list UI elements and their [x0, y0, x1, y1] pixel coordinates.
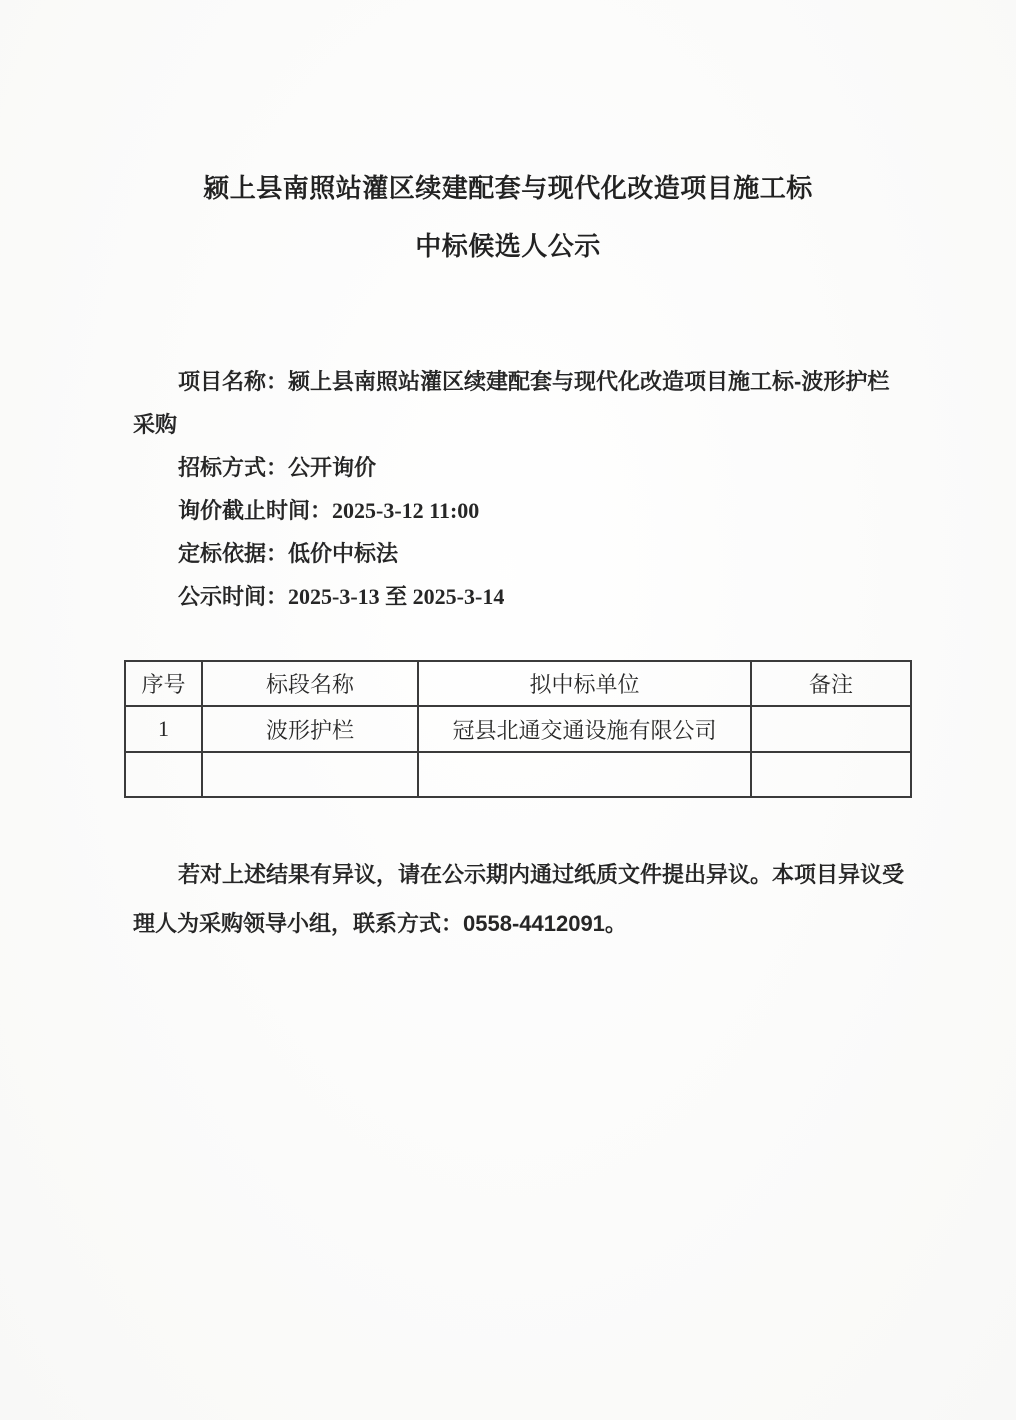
cell-seq: 1: [125, 706, 202, 752]
bid-method-label: 招标方式：: [178, 455, 288, 480]
document-title-line1: 颍上县南照站灌区续建配套与现代化改造项目施工标: [0, 168, 1016, 205]
publicity-period-label: 公示时间：: [178, 584, 288, 609]
project-info-block: 项目名称：颍上县南照站灌区续建配套与现代化改造项目施工标-波形护栏采购 招标方式…: [133, 360, 901, 618]
cell-note: [751, 752, 911, 797]
inquiry-deadline-label: 询价截止时间：: [178, 498, 332, 523]
cell-winner: [418, 752, 751, 797]
award-basis-value: 低价中标法: [288, 541, 398, 566]
table-row: 1 波形护栏 冠县北通交通设施有限公司: [125, 706, 911, 752]
table-header-row: 序号 标段名称 拟中标单位 备注: [125, 661, 911, 706]
bid-method-value: 公开询价: [288, 455, 376, 480]
cell-note: [751, 706, 911, 752]
bid-candidates-table: 序号 标段名称 拟中标单位 备注 1 波形护栏 冠县北通交通设施有限公司: [124, 660, 912, 798]
publicity-period-value: 2025-3-13 至 2025-3-14: [288, 584, 504, 609]
cell-seq: [125, 752, 202, 797]
cell-name: 波形护栏: [202, 706, 418, 752]
info-line-project-name: 项目名称：颍上县南照站灌区续建配套与现代化改造项目施工标-波形护栏采购: [133, 360, 901, 446]
header-cell-winner: 拟中标单位: [418, 661, 751, 706]
project-name-label: 项目名称：: [178, 369, 288, 394]
scanned-notice-page: 颍上县南照站灌区续建配套与现代化改造项目施工标 中标候选人公示 项目名称：颍上县…: [0, 0, 1016, 1420]
info-line-award-basis: 定标依据：低价中标法: [133, 532, 901, 575]
table-row: [125, 752, 911, 797]
award-basis-label: 定标依据：: [178, 541, 288, 566]
cell-winner: 冠县北通交通设施有限公司: [418, 706, 751, 752]
info-line-inquiry-deadline: 询价截止时间：2025-3-12 11:00: [133, 489, 901, 532]
inquiry-deadline-value: 2025-3-12 11:00: [332, 498, 479, 523]
header-cell-seq: 序号: [125, 661, 202, 706]
objection-notice-text: 若对上述结果有异议，请在公示期内通过纸质文件提出异议。本项目异议受理人为采购领导…: [133, 850, 913, 948]
header-cell-name: 标段名称: [202, 661, 418, 706]
objection-notice-block: 若对上述结果有异议，请在公示期内通过纸质文件提出异议。本项目异议受理人为采购领导…: [133, 850, 913, 948]
info-line-bid-method: 招标方式：公开询价: [133, 446, 901, 489]
info-line-publicity-period: 公示时间：2025-3-13 至 2025-3-14: [133, 575, 901, 618]
document-title-line2: 中标候选人公示: [0, 226, 1016, 263]
header-cell-note: 备注: [751, 661, 911, 706]
cell-name: [202, 752, 418, 797]
